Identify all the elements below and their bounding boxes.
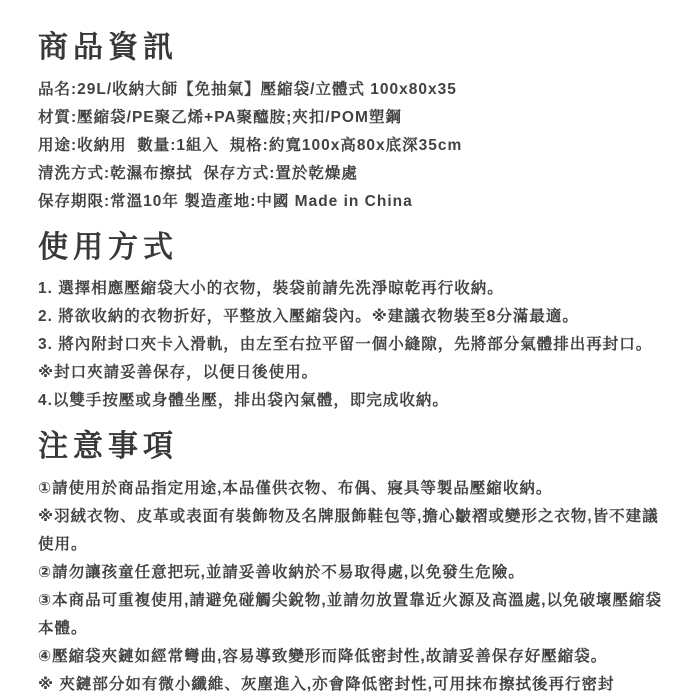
product-info-title: 商品資訊 <box>38 28 668 68</box>
note-3: ③本商品可重複使用,請避免碰觸尖銳物,並請勿放置靠近火源及高溫處,以免破壞壓縮袋… <box>38 587 668 643</box>
usage-step-2: 2. 將欲收納的衣物折好，平整放入壓縮袋內。※建議衣物裝至8分滿最適。 <box>38 303 668 331</box>
note-1: ①請使用於商品指定用途,本品僅供衣物、布偶、寢具等製品壓縮收納。 <box>38 475 668 503</box>
usage-note-seal-clip: ※封口夾請妥善保存，以便日後使用。 <box>38 359 668 387</box>
usage-step-3: 3. 將內附封口夾卡入滑軌，由左至右拉平留一個小縫隙，先將部分氣體排出再封口。 <box>38 331 668 359</box>
section-usage: 使用方式 1. 選擇相應壓縮袋大小的衣物，裝袋前請先洗淨晾乾再行收納。 2. 將… <box>38 228 668 416</box>
note-1-caution: ※羽絨衣物、皮革或表面有裝飾物及名牌服飾鞋包等,擔心皺褶或變形之衣物,皆不建議使… <box>38 503 668 559</box>
cleaning-storage-line: 清洗方式:乾濕布擦拭 保存方式:置於乾燥處 <box>38 160 668 188</box>
note-4-caution: ※ 夾鏈部分如有微小纖維、灰塵進入,亦會降低密封性,可用抹布擦拭後再行密封 <box>38 671 668 699</box>
note-4: ④壓縮袋夾鏈如經常彎曲,容易導致變形而降低密封性,故請妥善保存好壓縮袋。 <box>38 643 668 671</box>
usage-step-4: 4.以雙手按壓或身體坐壓，排出袋內氣體，即完成收納。 <box>38 387 668 415</box>
usage-step-1: 1. 選擇相應壓縮袋大小的衣物，裝袋前請先洗淨晾乾再行收納。 <box>38 275 668 303</box>
section-notes: 注意事項 ①請使用於商品指定用途,本品僅供衣物、布偶、寢具等製品壓縮收納。 ※羽… <box>38 427 668 699</box>
note-2: ②請勿讓孩童任意把玩,並請妥善收納於不易取得處,以免發生危險。 <box>38 559 668 587</box>
shelf-life-origin-line: 保存期限:常溫10年 製造產地:中國 Made in China <box>38 188 668 216</box>
material-line: 材質:壓縮袋/PE聚乙烯+PA聚醯胺;夾扣/POM塑鋼 <box>38 104 668 132</box>
product-description-document: 商品資訊 品名:29L/收納大師【免抽氣】壓縮袋/立體式 100x80x35 材… <box>0 0 700 700</box>
usage-title: 使用方式 <box>38 228 668 268</box>
product-name-line: 品名:29L/收納大師【免抽氣】壓縮袋/立體式 100x80x35 <box>38 76 668 104</box>
notes-title: 注意事項 <box>38 427 668 467</box>
purpose-quantity-spec-line: 用途:收納用 數量:1組入 規格:約寬100x高80x底深35cm <box>38 132 668 160</box>
section-product-info: 商品資訊 品名:29L/收納大師【免抽氣】壓縮袋/立體式 100x80x35 材… <box>38 28 668 216</box>
